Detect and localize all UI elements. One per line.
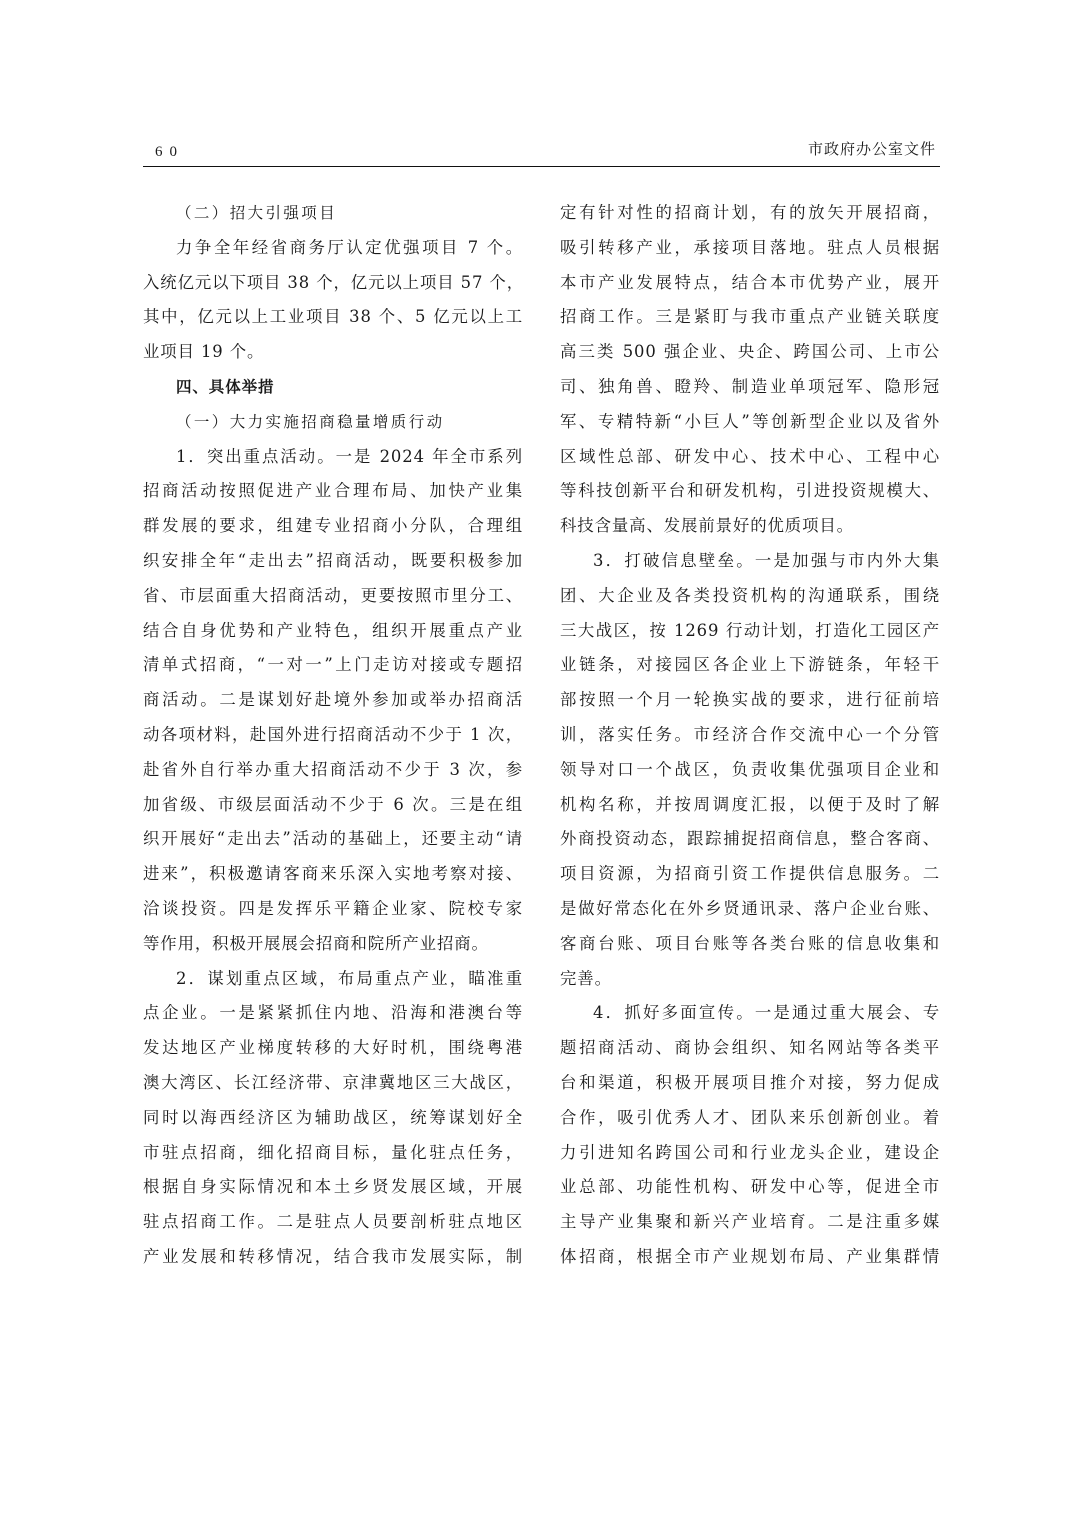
text-line: 司、独角兽、瞪羚、制造业单项冠军、隐形冠 — [560, 370, 940, 405]
text-line: 三大战区，按 1269 行动计划，打造化工园区产 — [560, 614, 940, 649]
text-line: 业链条，对接园区各企业上下游链条，年轻干 — [560, 648, 940, 683]
text-line: 洽谈投资。四是发挥乐平籍企业家、院校专家 — [143, 892, 523, 927]
text-line: 业总部、功能性机构、研发中心等，促进全市 — [560, 1170, 940, 1205]
text-line: 主导产业集聚和新兴产业培育。二是注重多媒 — [560, 1205, 940, 1240]
text-line: 高三类 500 强企业、央企、跨国公司、上市公 — [560, 335, 940, 370]
right-column: 定有针对性的招商计划，有的放矢开展招商，吸引转移产业，承接项目落地。驻点人员根据… — [560, 196, 940, 1275]
text-line: （二）招大引强项目 — [143, 196, 523, 231]
text-line: 产业发展和转移情况，结合我市发展实际，制 — [143, 1240, 523, 1275]
text-line: 客商台账、项目台账等各类台账的信息收集和 — [560, 927, 940, 962]
text-line: 机构名称，并按周调度汇报，以便于及时了解 — [560, 788, 940, 823]
text-line: 体招商，根据全市产业规划布局、产业集群情 — [560, 1240, 940, 1275]
text-line: 项目资源，为招商引资工作提供信息服务。二 — [560, 857, 940, 892]
text-line: 2．谋划重点区域，布局重点产业，瞄准重 — [143, 962, 523, 997]
text-line: 定有针对性的招商计划，有的放矢开展招商， — [560, 196, 940, 231]
text-line: 清单式招商，“一对一”上门走访对接或专题招 — [143, 648, 523, 683]
text-line: 吸引转移产业，承接项目落地。驻点人员根据 — [560, 231, 940, 266]
text-line: 同时以海西经济区为辅助战区，统筹谋划好全 — [143, 1101, 523, 1136]
text-line: 军、专精特新“小巨人”等创新型企业以及省外 — [560, 405, 940, 440]
text-line: 招商活动按照促进产业合理布局、加快产业集 — [143, 474, 523, 509]
text-line: 加省级、市级层面活动不少于 6 次。三是在组 — [143, 788, 523, 823]
text-line: 合作，吸引优秀人才、团队来乐创新创业。着 — [560, 1101, 940, 1136]
text-line: 区域性总部、研发中心、技术中心、工程中心 — [560, 440, 940, 475]
text-line: 等作用，积极开展展会招商和院所产业招商。 — [143, 927, 523, 962]
text-line: 根据自身实际情况和本土乡贤发展区域，开展 — [143, 1170, 523, 1205]
text-line: 训，落实任务。市经济合作交流中心一个分管 — [560, 718, 940, 753]
text-line: 四、具体举措 — [143, 370, 523, 405]
text-line: 发达地区产业梯度转移的大好时机，围绕粤港 — [143, 1031, 523, 1066]
text-line: 动各项材料，赴国外进行招商活动不少于 1 次， — [143, 718, 523, 753]
text-line: 力争全年经省商务厅认定优强项目 7 个。 — [143, 231, 523, 266]
text-line: 商活动。二是谋划好赴境外参加或举办招商活 — [143, 683, 523, 718]
text-line: 织开展好“走出去”活动的基础上，还要主动“请 — [143, 822, 523, 857]
text-line: 1．突出重点活动。一是 2024 年全市系列 — [143, 440, 523, 475]
text-line: （一）大力实施招商稳量增质行动 — [143, 405, 523, 440]
text-line: 等科技创新平台和研发机构，引进投资规模大、 — [560, 474, 940, 509]
text-line: 进来”，积极邀请客商来乐深入实地考察对接、 — [143, 857, 523, 892]
text-line: 科技含量高、发展前景好的优质项目。 — [560, 509, 940, 544]
text-line: 招商工作。三是紧盯与我市重点产业链关联度 — [560, 300, 940, 335]
text-line: 题招商活动、商协会组织、知名网站等各类平 — [560, 1031, 940, 1066]
text-line: 3．打破信息壁垒。一是加强与市内外大集 — [560, 544, 940, 579]
text-line: 赴省外自行举办重大招商活动不少于 3 次，参 — [143, 753, 523, 788]
text-line: 省、市层面重大招商活动，更要按照市里分工、 — [143, 579, 523, 614]
text-line: 驻点招商工作。二是驻点人员要剖析驻点地区 — [143, 1205, 523, 1240]
left-column: （二）招大引强项目力争全年经省商务厅认定优强项目 7 个。入统亿元以下项目 38… — [143, 196, 523, 1275]
running-title: 市政府办公室文件 — [808, 138, 936, 159]
text-line: 市驻点招商，细化招商目标，量化驻点任务， — [143, 1136, 523, 1171]
text-line: 群发展的要求，组建专业招商小分队，合理组 — [143, 509, 523, 544]
text-line: 团、大企业及各类投资机构的沟通联系，围绕 — [560, 579, 940, 614]
text-line: 力引进知名跨国公司和行业龙头企业，建设企 — [560, 1136, 940, 1171]
text-line: 本市产业发展特点，结合本市优势产业，展开 — [560, 266, 940, 301]
text-line: 台和渠道，积极开展项目推介对接，努力促成 — [560, 1066, 940, 1101]
text-line: 其中，亿元以上工业项目 38 个、5 亿元以上工 — [143, 300, 523, 335]
text-line: 外商投资动态，跟踪捕捉招商信息，整合客商、 — [560, 822, 940, 857]
text-line: 4．抓好多面宣传。一是通过重大展会、专 — [560, 996, 940, 1031]
text-line: 完善。 — [560, 962, 940, 997]
text-line: 领导对口一个战区，负责收集优强项目企业和 — [560, 753, 940, 788]
text-line: 织安排全年“走出去”招商活动，既要积极参加 — [143, 544, 523, 579]
text-line: 点企业。一是紧紧抓住内地、沿海和港澳台等 — [143, 996, 523, 1031]
text-line: 入统亿元以下项目 38 个，亿元以上项目 57 个， — [143, 266, 523, 301]
text-line: 结合自身优势和产业特色，组织开展重点产业 — [143, 614, 523, 649]
page-header: 60 市政府办公室文件 — [143, 136, 940, 167]
text-line: 是做好常态化在外乡贤通讯录、落户企业台账、 — [560, 892, 940, 927]
page-number: 60 — [155, 144, 184, 161]
text-line: 部按照一个月一轮换实战的要求，进行征前培 — [560, 683, 940, 718]
text-line: 澳大湾区、长江经济带、京津冀地区三大战区， — [143, 1066, 523, 1101]
text-line: 业项目 19 个。 — [143, 335, 523, 370]
